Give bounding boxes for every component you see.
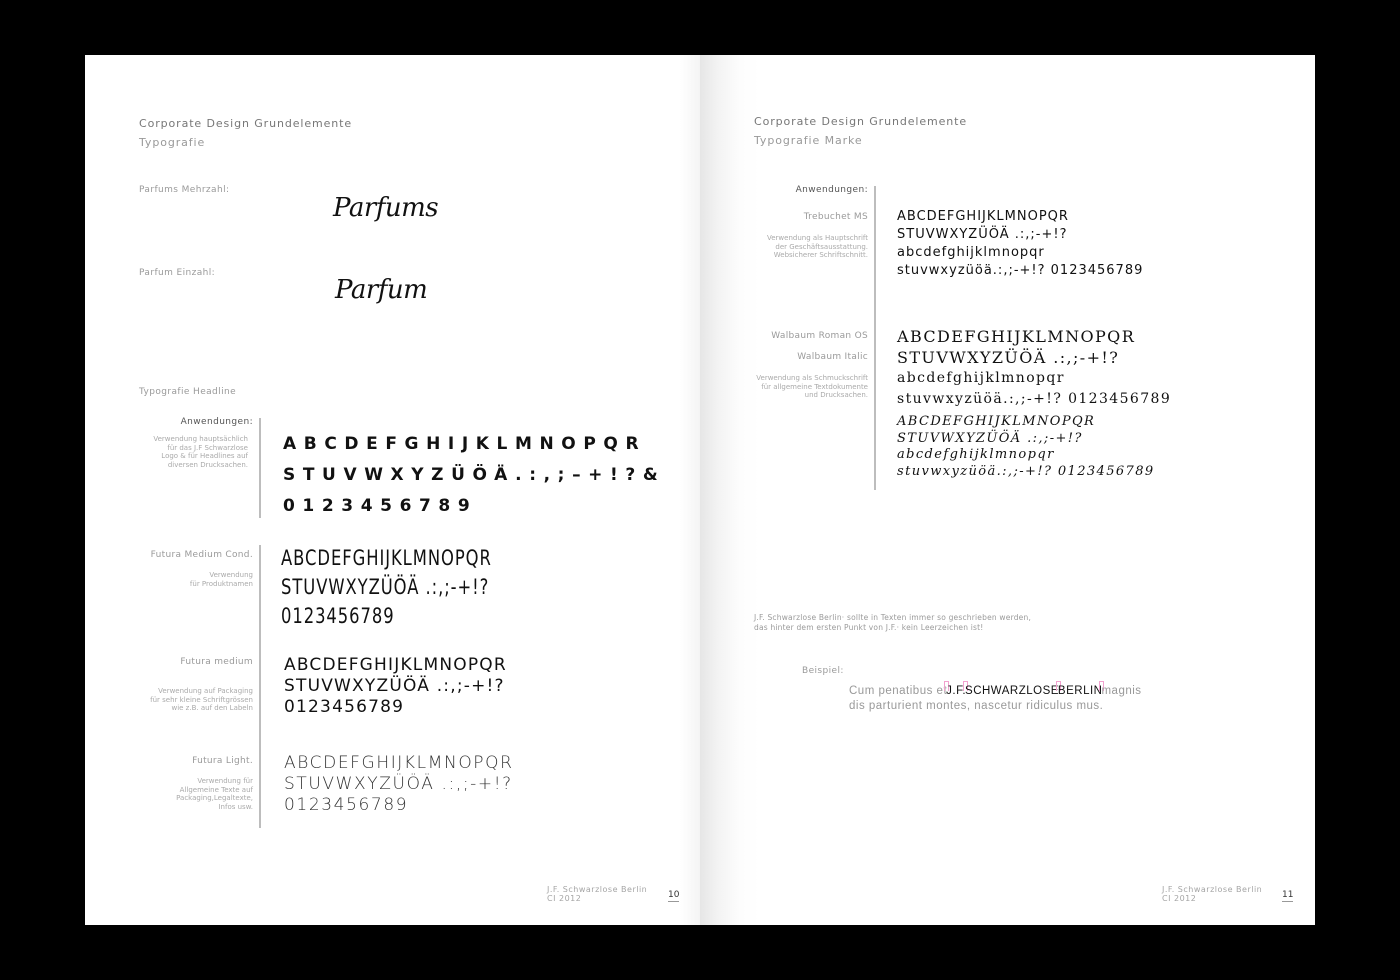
subsection-title: Typografie Marke [754, 134, 863, 147]
page-number: 11 [1282, 890, 1293, 902]
divider-line [874, 186, 876, 490]
font-name-futura-medium-cond: Futura Medium Cond. [151, 550, 253, 560]
brand-name: BERLIN [1058, 685, 1103, 697]
brand-name: SCHWARZLOSE [965, 685, 1059, 697]
footer-text: J.F. Schwarzlose Berlin CI 2012 [1162, 885, 1262, 903]
wordmark-singular: Parfum [335, 275, 427, 305]
font-name-futura-medium: Futura medium [180, 657, 253, 667]
applications-label: Anwendungen: [796, 185, 868, 195]
font-desc-futura-medium-cond: Verwendung für Produktnamen [113, 571, 253, 588]
example-text: Cum penatibus etJ.F.SCHWARZLOSEBERLINmag… [849, 681, 1142, 713]
headline-description: Verwendung hauptsächlich für das J.F Sch… [108, 435, 248, 469]
font-sample-futura-light: ABCDEFGHIJKLMNOPQR STUVWXYZÜÖÄ .:,;-+!? … [284, 753, 514, 816]
font-desc-trebuchet: Verwendung als Hauptschrift der Geschäft… [718, 234, 868, 260]
font-name-walbaum-italic: Walbaum Italic [797, 352, 868, 362]
page-number: 10 [668, 890, 679, 902]
left-page: Corporate Design Grundelemente Typografi… [85, 55, 700, 925]
font-sample-futura-medium: ABCDEFGHIJKLMNOPQR STUVWXYZÜÖÄ .:,;-+!? … [284, 655, 507, 718]
wordmark-plural-label: Parfums Mehrzahl: [139, 185, 229, 195]
font-desc-futura-light: Verwendung für Allgemeine Texte auf Pack… [113, 777, 253, 811]
example-label: Beispiel: [802, 666, 844, 676]
font-desc-futura-medium: Verwendung auf Packaging für sehr kleine… [93, 687, 253, 713]
headline-section-title: Typografie Headline [139, 387, 236, 397]
font-name-walbaum-roman: Walbaum Roman OS [771, 331, 868, 341]
divider-line [259, 418, 261, 518]
wordmark-plural: Parfums [333, 193, 438, 223]
font-name-trebuchet: Trebuchet MS [804, 212, 868, 222]
section-title: Corporate Design Grundelemente [139, 117, 352, 130]
divider-line [259, 545, 261, 828]
section-title: Corporate Design Grundelemente [754, 115, 967, 128]
font-name-futura-light: Futura Light. [192, 756, 253, 766]
subsection-title: Typografie [139, 136, 205, 149]
example-line-2: dis parturient montes, nascetur ridiculu… [849, 699, 1142, 714]
right-page: Corporate Design Grundelemente Typografi… [700, 55, 1315, 925]
applications-label: Anwendungen: [181, 417, 253, 427]
font-sample-walbaum-italic: ABCDEFGHIJKLMNOPQR STUVWXYZÜÖÄ .:,;-+!? … [897, 414, 1155, 480]
font-sample-walbaum-roman: ABCDEFGHIJKLMNOPQR STUVWXYZÜÖÄ .:,;-+!? … [897, 326, 1171, 410]
headline-sample: ABCDEFGHIJKLMNOPQR STUVWXYZÜÖÄ.:,;–+!?& … [283, 429, 665, 522]
wordmark-singular-label: Parfum Einzahl: [139, 268, 215, 278]
font-sample-trebuchet: ABCDEFGHIJKLMNOPQR STUVWXYZÜÖÄ .:,;-+!? … [897, 208, 1143, 280]
brand-spelling-note: J.F. Schwarzlose Berlin· sollte in Texte… [754, 613, 1031, 633]
font-desc-walbaum: Verwendung als Schmuckschrift für allgem… [718, 374, 868, 400]
example-line-1: Cum penatibus etJ.F.SCHWARZLOSEBERLINmag… [849, 681, 1142, 699]
font-sample-futura-medium-cond: ABCDEFGHIJKLMNOPQR STUVWXYZÜÖÄ .:,;-+!? … [281, 544, 492, 631]
footer-text: J.F. Schwarzlose Berlin CI 2012 [547, 885, 647, 903]
